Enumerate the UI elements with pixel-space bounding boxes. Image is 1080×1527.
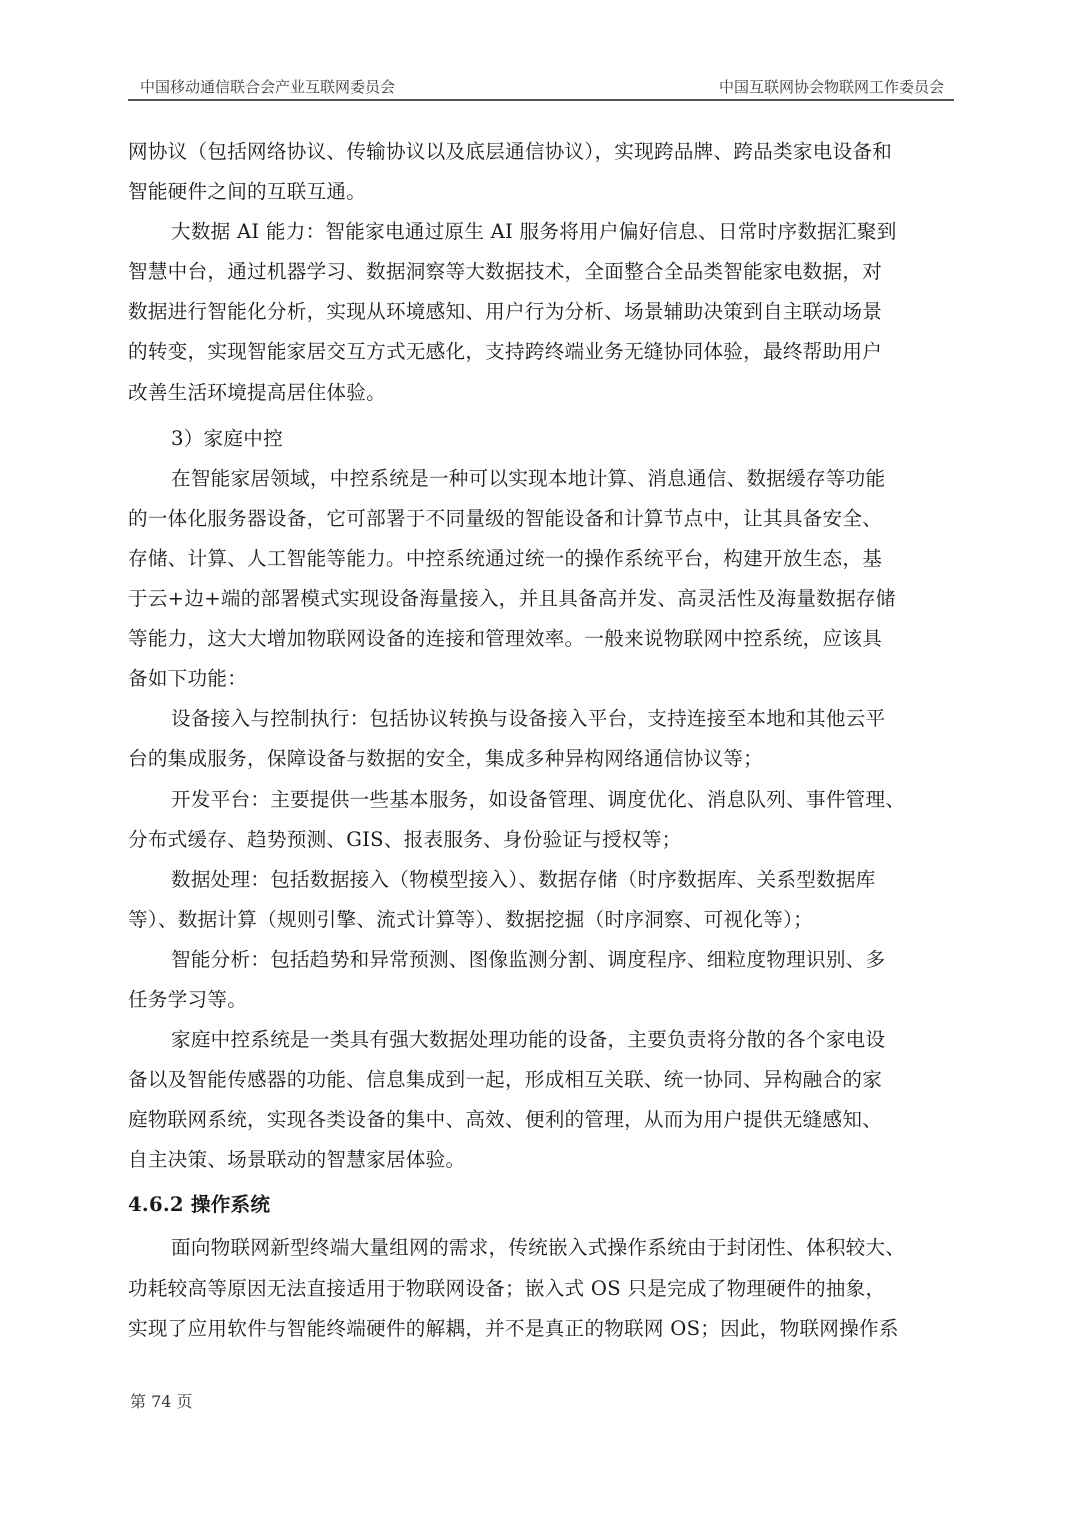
text-line: 智慧中台，通过机器学习、数据洞察等大数据技术，全面整合全品类智能家电数据，对: [128, 252, 954, 292]
paragraph-device-access: 设备接入与控制执行：包括协议转换与设备接入平台，支持连接至本地和其他云平 台的集…: [128, 699, 954, 779]
section-heading-operating-system: 4.6.2 操作系统: [128, 1182, 954, 1228]
page-body: 网协议（包括网络协议、传输协议以及底层通信协议），实现跨品牌、跨品类家电设备和 …: [128, 132, 954, 1349]
page-number: 第 74 页: [130, 1389, 193, 1412]
paragraph-intelligent-analysis: 智能分析：包括趋势和异常预测、图像监测分割、调度程序、细粒度物理识别、多 任务学…: [128, 940, 954, 1020]
paragraph-home-control-summary: 家庭中控系统是一类具有强大数据处理功能的设备，主要负责将分散的各个家电设 备以及…: [128, 1020, 954, 1180]
text-line: 任务学习等。: [128, 980, 954, 1020]
text-line: 网协议（包括网络协议、传输协议以及底层通信协议），实现跨品牌、跨品类家电设备和: [128, 132, 954, 172]
paragraph-big-data-ai: 大数据 AI 能力：智能家电通过原生 AI 服务将用户偏好信息、日常时序数据汇聚…: [128, 212, 954, 412]
text-line: 大数据 AI 能力：智能家电通过原生 AI 服务将用户偏好信息、日常时序数据汇聚…: [128, 212, 954, 252]
paragraph-dev-platform: 开发平台：主要提供一些基本服务，如设备管理、调度优化、消息队列、事件管理、 分布…: [128, 780, 954, 860]
text-line: 等能力，这大大增加物联网设备的连接和管理效率。一般来说物联网中控系统，应该具: [128, 619, 954, 659]
text-line: 的转变，实现智能家居交互方式无感化，支持跨终端业务无缝协同体验，最终帮助用户: [128, 332, 954, 372]
text-line: 智能硬件之间的互联互通。: [128, 172, 954, 212]
text-line: 数据处理：包括数据接入（物模型接入）、数据存储（时序数据库、关系型数据库: [128, 860, 954, 900]
text-line: 在智能家居领域，中控系统是一种可以实现本地计算、消息通信、数据缓存等功能: [128, 459, 954, 499]
text-line: 数据进行智能化分析，实现从环境感知、用户行为分析、场景辅助决策到自主联动场景: [128, 292, 954, 332]
text-line: 台的集成服务，保障设备与数据的安全，集成多种异构网络通信协议等；: [128, 739, 954, 779]
text-line: 开发平台：主要提供一些基本服务，如设备管理、调度优化、消息队列、事件管理、: [128, 780, 954, 820]
header-right-org: 中国互联网协会物联网工作委员会: [719, 76, 944, 97]
text-line: 智能分析：包括趋势和异常预测、图像监测分割、调度程序、细粒度物理识别、多: [128, 940, 954, 980]
text-line: 等）、数据计算（规则引擎、流式计算等）、数据挖掘（时序洞察、可视化等）；: [128, 900, 954, 940]
text-line: 分布式缓存、趋势预测、GIS、报表服务、身份验证与授权等；: [128, 820, 954, 860]
text-line: 改善生活环境提高居住体验。: [128, 373, 954, 413]
text-line: 功耗较高等原因无法直接适用于物联网设备；嵌入式 OS 只是完成了物理硬件的抽象，: [128, 1269, 954, 1309]
text-line: 的一体化服务器设备，它可部署于不同量级的智能设备和计算节点中，让其具备安全、: [128, 499, 954, 539]
text-line: 备以及智能传感器的功能、信息集成到一起，形成相互关联、统一协同、异构融合的家: [128, 1060, 954, 1100]
text-line: 面向物联网新型终端大量组网的需求，传统嵌入式操作系统由于封闭性、体积较大、: [128, 1228, 954, 1268]
paragraph-central-control-intro: 在智能家居领域，中控系统是一种可以实现本地计算、消息通信、数据缓存等功能 的一体…: [128, 459, 954, 700]
paragraph-iot-os: 面向物联网新型终端大量组网的需求，传统嵌入式操作系统由于封闭性、体积较大、 功耗…: [128, 1228, 954, 1348]
header-left-org: 中国移动通信联合会产业互联网委员会: [140, 76, 395, 97]
paragraph-data-processing: 数据处理：包括数据接入（物模型接入）、数据存储（时序数据库、关系型数据库 等）、…: [128, 860, 954, 940]
text-line: 实现了应用软件与智能终端硬件的解耦，并不是真正的物联网 OS；因此，物联网操作系: [128, 1309, 954, 1349]
text-line: 存储、计算、人工智能等能力。中控系统通过统一的操作系统平台，构建开放生态，基: [128, 539, 954, 579]
text-line: 家庭中控系统是一类具有强大数据处理功能的设备，主要负责将分散的各个家电设: [128, 1020, 954, 1060]
text-line: 于云+边+端的部署模式实现设备海量接入，并且具备高并发、高灵活性及海量数据存储: [128, 579, 954, 619]
header-divider: [128, 99, 954, 101]
subheading-home-central-control: 3）家庭中控: [128, 419, 954, 459]
text-line: 庭物联网系统，实现各类设备的集中、高效、便利的管理，从而为用户提供无缝感知、: [128, 1100, 954, 1140]
paragraph-protocol-continuation: 网协议（包括网络协议、传输协议以及底层通信协议），实现跨品牌、跨品类家电设备和 …: [128, 132, 954, 212]
text-line: 设备接入与控制执行：包括协议转换与设备接入平台，支持连接至本地和其他云平: [128, 699, 954, 739]
text-line: 自主决策、场景联动的智慧家居体验。: [128, 1140, 954, 1180]
page-header: 中国移动通信联合会产业互联网委员会 中国互联网协会物联网工作委员会: [128, 76, 954, 98]
text-line: 备如下功能：: [128, 659, 954, 699]
